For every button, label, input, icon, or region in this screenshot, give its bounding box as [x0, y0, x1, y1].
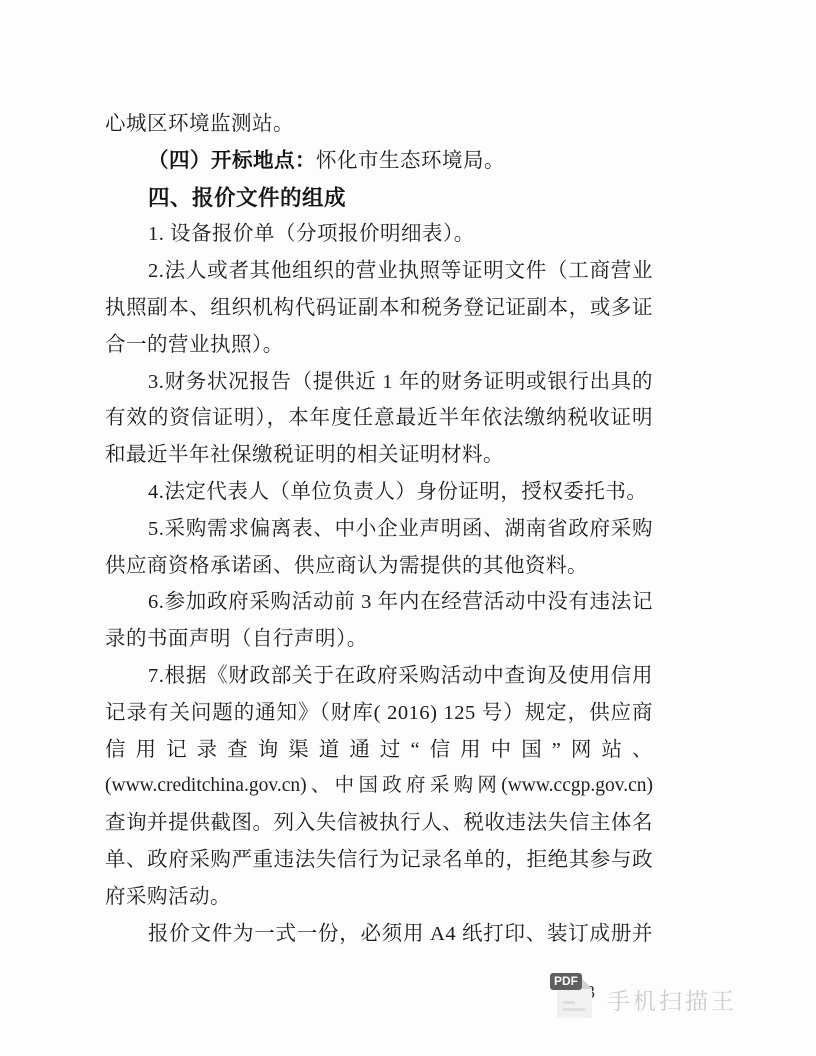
- text-line: 和最近半年社保缴税证明的相关证明材料。: [105, 437, 653, 474]
- list-item: 5.采购需求偏离表、中小企业声明函、湖南省政府采购: [105, 511, 653, 548]
- text-line: 录的书面声明（自行声明）。: [105, 621, 653, 658]
- pdf-badge: PDF: [550, 973, 582, 990]
- text-line: 记录有关问题的通知》（财库( 2016) 125 号）规定，供应商: [105, 695, 653, 732]
- text-line: 单、政府采购严重违法失信行为记录名单的，拒绝其参与政: [105, 842, 653, 879]
- text-line: 府采购活动。: [105, 879, 653, 916]
- text-line: 有效的资信证明），本年度任意最近半年依法缴纳税收证明: [105, 400, 653, 437]
- list-item: 3.财务状况报告（提供近 1 年的财务证明或银行出具的: [105, 364, 653, 401]
- sheet-line-shape: [563, 1008, 585, 1011]
- list-item: 6.参加政府采购活动前 3 年内在经营活动中没有违法记: [105, 584, 653, 621]
- label-value: 怀化市生态环境局。: [316, 150, 505, 172]
- document-body: 心城区环境监测站。 （四）开标地点：怀化市生态环境局。 四、报价文件的组成 1.…: [105, 106, 653, 952]
- text-line: 心城区环境监测站。: [105, 106, 653, 143]
- text-line-open-bid-location: （四）开标地点：怀化市生态环境局。: [105, 143, 653, 180]
- watermark-text: 手机扫描王: [607, 983, 737, 1016]
- folded-corner-shape: [581, 978, 592, 989]
- text-line: 合一的营业执照）。: [105, 327, 653, 364]
- text-line-urls: (www.creditchina.gov.cn)、中国政府采购网(www.ccg…: [105, 768, 653, 805]
- scanned-document-page: 心城区环境监测站。 （四）开标地点：怀化市生态环境局。 四、报价文件的组成 1.…: [0, 0, 816, 1056]
- list-item: 1. 设备报价单（分项报价明细表）。: [105, 216, 653, 253]
- text-line: 执照副本、组织机构代码证副本和税务登记证副本，或多证: [105, 290, 653, 327]
- text-line: 报价文件为一式一份，必须用 A4 纸打印、装订成册并: [105, 916, 653, 953]
- bold-label: （四）开标地点：: [148, 150, 316, 172]
- scanner-watermark: PDF 手机扫描王: [550, 972, 737, 1020]
- list-item: 4.法定代表人（单位负责人）身份证明，授权委托书。: [105, 474, 653, 511]
- pdf-file-icon: PDF: [550, 972, 594, 1020]
- text-line: 信用记录查询渠道通过“信用中国”网站、: [105, 732, 653, 769]
- list-item: 7.根据《财政部关于在政府采购活动中查询及使用信用: [105, 658, 653, 695]
- list-item: 2.法人或者其他组织的营业执照等证明文件（工商营业: [105, 253, 653, 290]
- text-line: 供应商资格承诺函、供应商认为需提供的其他资料。: [105, 548, 653, 585]
- text-line: 查询并提供截图。列入失信被执行人、税收违法失信主体名: [105, 805, 653, 842]
- section-heading: 四、报价文件的组成: [105, 180, 653, 217]
- sheet-line-shape: [563, 1001, 575, 1004]
